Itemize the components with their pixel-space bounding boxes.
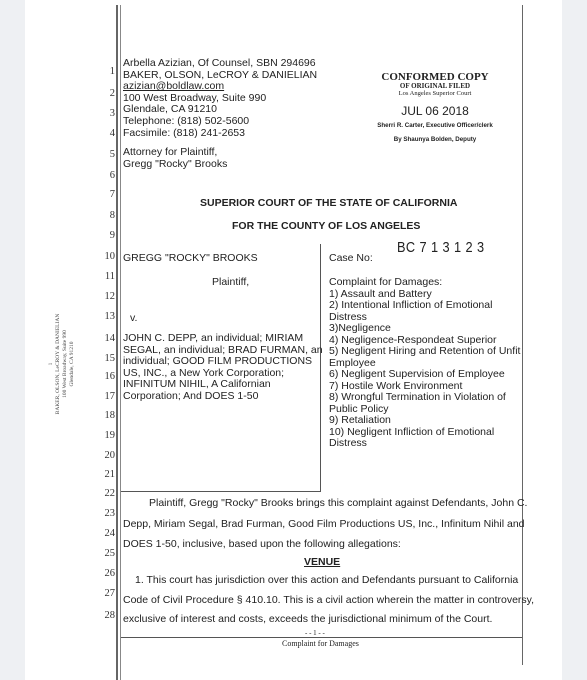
stamp-court: Los Angeles Superior Court (365, 90, 505, 98)
footer-title: Complaint for Damages (282, 639, 359, 648)
line-number: 17 (101, 391, 115, 402)
intro-line: Plaintiff, Gregg "Rocky" Brooks brings t… (149, 497, 527, 509)
section-heading-venue: VENUE (304, 556, 340, 568)
line-number: 12 (101, 291, 115, 302)
cause-item: 2) Intentional Infliction of Emotional (329, 300, 520, 312)
caption-bottom-rule (121, 491, 321, 492)
line-number: 21 (101, 469, 115, 480)
line-number: 22 (101, 488, 115, 499)
causes-of-action: Complaint for Damages: 1) Assault and Ba… (329, 277, 520, 450)
line-number: 2 (101, 88, 115, 99)
cause-item: Distress (329, 438, 520, 450)
stamp-date: JUL 06 2018 (365, 104, 505, 118)
line-number: 9 (101, 230, 115, 241)
plaintiff-name: GREGG "ROCKY" BROOKS (123, 253, 258, 265)
stamp-officer: Sherri R. Carter, Executive Officer/cler… (365, 122, 505, 130)
line-number: 8 (101, 210, 115, 221)
case-no-label: Case No: (329, 253, 373, 265)
case-number: BC 7 1 3 1 2 3 (397, 239, 484, 256)
line-number: 16 (101, 371, 115, 382)
intro-line: Depp, Miriam Segal, Brad Furman, Good Fi… (123, 518, 525, 530)
line-number: 15 (101, 353, 115, 364)
line-number: 11 (101, 271, 115, 282)
cause-item: 3)Negligence (329, 323, 520, 335)
cause-item: 9) Retaliation (329, 415, 520, 427)
line-number: 27 (101, 588, 115, 599)
line-number: 24 (101, 528, 115, 539)
line-number: 5 (101, 149, 115, 160)
line-number: 4 (101, 128, 115, 139)
line-number: 10 (101, 251, 115, 262)
firm-telephone: Telephone: (818) 502-5600 (123, 116, 317, 128)
cause-item: 8) Wrongful Termination in Violation of (329, 392, 520, 404)
line-number: 1 (101, 66, 115, 77)
side-address-street: 100 West Broadway, Suite 990 (62, 304, 69, 424)
court-county: FOR THE COUNTY OF LOS ANGELES (232, 220, 420, 232)
court-name: SUPERIOR COURT OF THE STATE OF CALIFORNI… (200, 197, 457, 209)
footer-rule (121, 637, 522, 638)
defendants-line: Corporation; And DOES 1-50 (123, 391, 323, 403)
right-margin-rule (522, 5, 523, 665)
attorney-name: Arbella Azizian, Of Counsel, SBN 294696 (123, 58, 317, 70)
stamp-deputy: By Shaunya Bolden, Deputy (365, 136, 505, 144)
cause-item: 6) Negligent Supervision of Employee (329, 369, 520, 381)
line-number: 3 (101, 108, 115, 119)
defendants-line: individual; GOOD FILM PRODUCTIONS (123, 356, 323, 368)
defendants-list: JOHN C. DEPP, an individual; MIRIAM SEGA… (123, 333, 323, 402)
firm-facsimile: Facsimile: (818) 241-2653 (123, 128, 317, 140)
line-number: 7 (101, 189, 115, 200)
line-number: 20 (101, 450, 115, 461)
client-name: Gregg "Rocky" Brooks (123, 159, 317, 171)
paragraph-line: 1. This court has jurisdiction over this… (135, 574, 518, 586)
side-address-city: Glendale, CA 91210 (69, 304, 76, 424)
line-number: 6 (101, 170, 115, 181)
paragraph-line: exclusive of interest and costs, exceeds… (123, 613, 492, 625)
footer-page-number: - - 1 - - (305, 629, 325, 637)
line-number: 26 (101, 568, 115, 579)
attorney-for-label: Attorney for Plaintiff, (123, 147, 317, 159)
versus: v. (130, 313, 137, 325)
line-number: 13 (101, 311, 115, 322)
defendants-line: INFINITUM NIHIL, A Californian (123, 379, 323, 391)
paragraph-line: Code of Civil Procedure § 410.10. This i… (123, 594, 534, 606)
left-margin-rule-outer (116, 5, 118, 680)
complaint-title: Complaint for Damages: (329, 277, 520, 289)
side-firm-address: 1 BAKER, OLSON, LeCROY & DANIELIAN 100 W… (50, 305, 70, 425)
plaintiff-label: Plaintiff, (212, 277, 249, 289)
line-number: 14 (101, 333, 115, 344)
side-address-firm: BAKER, OLSON, LeCROY & DANIELIAN (55, 304, 62, 424)
stamp-subtitle: OF ORIGINAL FILED (365, 83, 505, 90)
line-number: 19 (101, 430, 115, 441)
line-number: 18 (101, 410, 115, 421)
side-address-page: 1 (48, 304, 55, 424)
cause-item: 5) Negligent Hiring and Retention of Unf… (329, 346, 520, 358)
line-number: 23 (101, 508, 115, 519)
defendants-line: JOHN C. DEPP, an individual; MIRIAM (123, 333, 323, 345)
intro-line: DOES 1-50, inclusive, based upon the fol… (123, 538, 401, 550)
left-margin-rule-inner (120, 5, 121, 680)
attorney-header: Arbella Azizian, Of Counsel, SBN 294696 … (123, 58, 317, 170)
line-number: 25 (101, 548, 115, 559)
line-number: 28 (101, 610, 115, 621)
conformed-copy-stamp: CONFORMED COPY OF ORIGINAL FILED Los Ang… (365, 72, 505, 144)
